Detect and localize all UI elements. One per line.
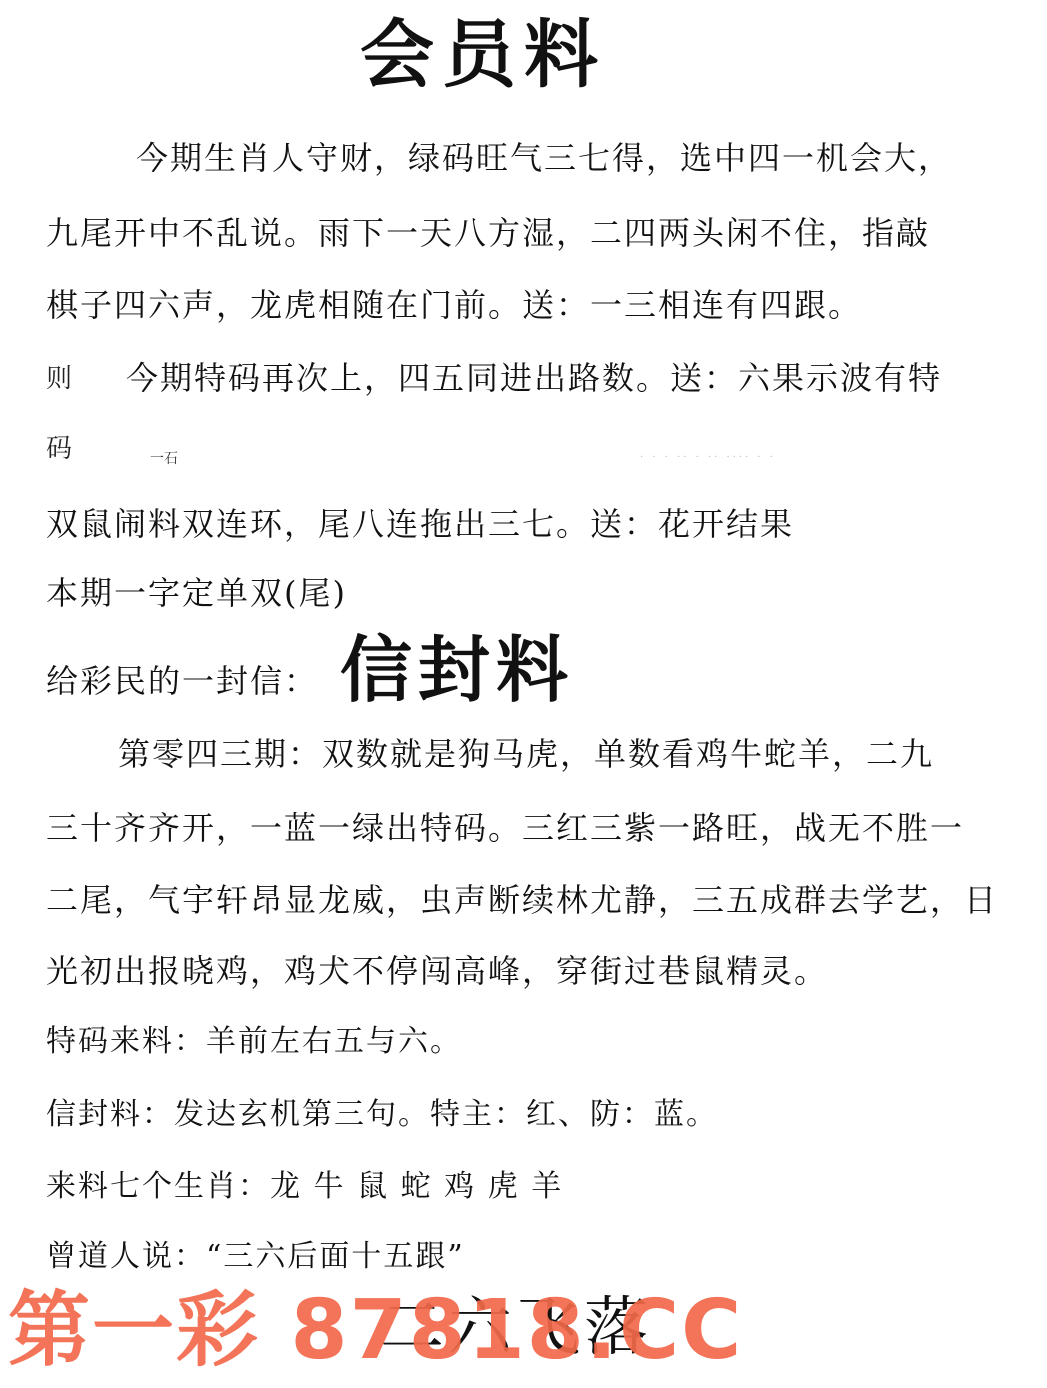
envelope-intro-label: 给彩民的一封信： xyxy=(46,665,318,697)
scan-speckle: · · · ·· · ·· ···· · · xyxy=(640,452,776,463)
envelope-line-4: 光初出报晓鸡，鸡犬不停闯高峰，穿街过巷鼠精灵。 xyxy=(46,955,828,987)
envelope-line-3: 二尾，气宇轩昂显龙威，虫声断续林尤静，三五成群去学艺，日 xyxy=(46,884,998,916)
member-line-6: 本期一字定单双(尾) xyxy=(46,577,347,609)
envelope-line-5: 特码来料：羊前左右五与六。 xyxy=(46,1027,462,1057)
margin-fragment-1: 则 xyxy=(46,366,72,392)
envelope-line-1: 第零四三期：双数就是狗马虎，单数看鸡牛蛇羊，二九 xyxy=(118,738,934,770)
envelope-line-8: 曾道人说：“三六后面十五跟” xyxy=(46,1242,465,1272)
envelope-line-7: 来料七个生肖：龙 牛 鼠 蛇 鸡 虎 羊 xyxy=(46,1172,563,1202)
member-line-5: 双鼠闹料双连环，尾八连拖出三七。送：花开结果 xyxy=(46,508,794,540)
member-line-3: 棋子四六声，龙虎相随在门前。送：一三相连有四跟。 xyxy=(46,289,862,321)
margin-fragment-3: 一石 xyxy=(150,448,178,468)
watermark-text: 第一彩 87818.CC xyxy=(8,1290,743,1372)
envelope-line-6: 信封料：发达玄机第三句。特主：红、防：蓝。 xyxy=(46,1100,718,1130)
member-line-4: 今期特码再次上，四五同进出路数。送：六果示波有特 xyxy=(126,362,942,394)
page-title: 会员料 xyxy=(360,18,606,92)
envelope-title: 信封料 xyxy=(340,634,574,706)
member-line-1: 今期生肖人守财，绿码旺气三七得，选中四一机会大， xyxy=(136,142,952,174)
margin-fragment-2: 码 xyxy=(46,436,72,462)
envelope-line-2: 三十齐齐开，一蓝一绿出特码。三红三紫一路旺，战无不胜一 xyxy=(46,812,964,844)
member-line-2: 九尾开中不乱说。雨下一天八方湿，二四两头闲不住，指敲 xyxy=(46,217,930,249)
